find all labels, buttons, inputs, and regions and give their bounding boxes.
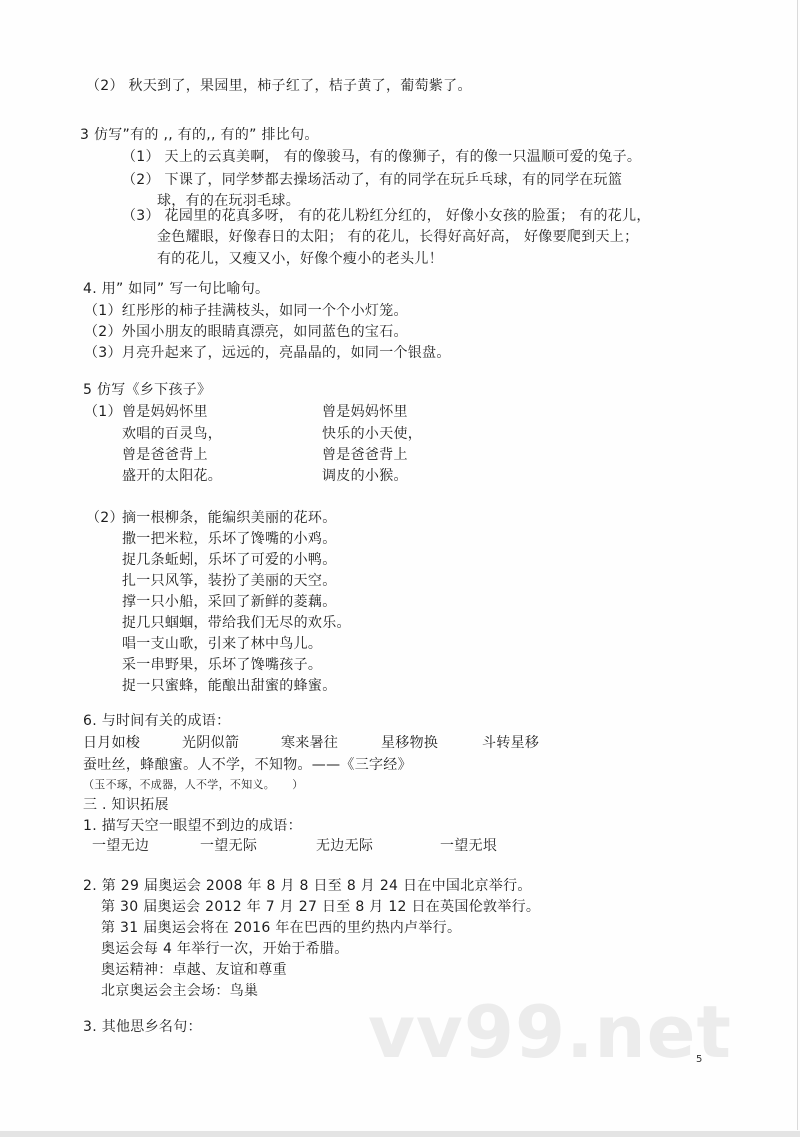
section2-item2: （2） 秋天到了，果园里，柿子红了，桔子黄了，葡萄紫了。	[86, 77, 472, 95]
verse-line6: 捉几只蝈蝈，带给我们无尽的欢乐。	[122, 614, 351, 632]
poem-left-line4: 盛开的太阳花。	[122, 467, 222, 485]
verse-line8: 采一串野果，乐坏了馋嘴孩子。	[122, 656, 322, 674]
verse-line5: 撑一只小船，采回了新鲜的菱藕。	[122, 593, 337, 611]
document-page: （2） 秋天到了，果园里，柿子红了，桔子黄了，葡萄紫了。 3 仿写”有的 ,, …	[0, 0, 798, 1130]
sky-idiom-1: 一望无边	[92, 837, 149, 855]
section4-item1: （1）红彤彤的柿子挂满枝头，如同一个个小灯笼。	[84, 302, 408, 320]
section3-item3-line2: 金色耀眼，好像春日的太阳； 有的花儿，长得好高好高， 好像要爬到天上；	[157, 228, 638, 246]
poem-right-line3: 曾是爸爸背上	[322, 446, 408, 464]
sky-idiom-4: 一望无垠	[440, 837, 497, 855]
section3-item3-line3: 有的花儿，又瘦又小，好像个瘦小的老头儿！	[157, 250, 443, 268]
sky-idiom-3: 无边无际	[316, 837, 373, 855]
sanzijing-note: （玉不琢，不成器，人不学，不知义。 ）	[83, 778, 304, 792]
q3-heading: 3. 其他思乡名句：	[83, 1018, 202, 1036]
section4-heading: 4. 用” 如同” 写一句比喻句。	[83, 280, 269, 298]
section5-heading: 5 仿写《乡下孩子》	[83, 381, 211, 399]
q1-heading: 1. 描写天空一眼望不到边的成语：	[83, 817, 302, 835]
verse-line1: 摘一根柳条，能编织美丽的花环。	[122, 509, 337, 527]
section3-heading: 3 仿写”有的 ,, 有的,, 有的” 排比句。	[80, 126, 319, 144]
poem-right-line1: 曾是妈妈怀里	[322, 403, 408, 421]
verse-line4: 扎一只风筝，装扮了美丽的天空。	[122, 572, 337, 590]
sanzijing-quote: 蚕吐丝，蜂酿蜜。人不学，不知物。——《三字经》	[83, 756, 412, 774]
olympics-line6: 北京奥运会主会场：鸟巢	[101, 982, 258, 1000]
section3-item2-line1: （2） 下课了，同学梦都去操场活动了，有的同学在玩乒乓球，有的同学在玩篮	[122, 171, 622, 189]
poem-left-line2: 欢唱的百灵鸟，	[122, 425, 222, 443]
section3-item3-line1: （3） 花园里的花真多呀， 有的花儿粉红分红的， 好像小女孩的脸蛋； 有的花儿，	[122, 207, 651, 225]
poem-right-line4: 调皮的小猴。	[322, 467, 408, 485]
section4-item2: （2）外国小朋友的眼睛真漂亮，如同蓝色的宝石。	[84, 323, 408, 341]
time-idiom-2: 光阴似箭	[182, 734, 239, 752]
verse-line2: 撒一把米粒，乐坏了馋嘴的小鸡。	[122, 530, 337, 548]
olympics-line4: 奥运会每 4 年举行一次，开始于希腊。	[101, 940, 349, 958]
time-idiom-1: 日月如梭	[83, 734, 140, 752]
page-number: 5	[696, 1054, 702, 1065]
time-idiom-3: 寒来暑往	[281, 734, 338, 752]
poem-right-line2: 快乐的小天使，	[322, 425, 422, 443]
verse-line3: 捉几条蚯蚓，乐坏了可爱的小鸭。	[122, 551, 337, 569]
poem-left-line3: 曾是爸爸背上	[122, 446, 208, 464]
time-idiom-4: 星移物换	[381, 734, 438, 752]
section5-part2-label: （2）	[86, 509, 124, 527]
verse-line9: 捉一只蜜蜂，能酿出甜蜜的蜂蜜。	[122, 677, 337, 695]
olympics-line3: 第 31 届奥运会将在 2016 年在巴西的里约热内卢举行。	[101, 919, 461, 937]
section5-part1-label: （1）	[84, 403, 122, 421]
verse-line7: 唱一支山歌，引来了林中鸟儿。	[122, 635, 322, 653]
olympics-line5: 奥运精神：卓越、友谊和尊重	[101, 961, 287, 979]
section4-item3: （3）月亮升起来了，远远的，亮晶晶的，如同一个银盘。	[84, 344, 451, 362]
watermark: vv99.net	[368, 996, 732, 1068]
olympics-line1: 2. 第 29 届奥运会 2008 年 8 月 8 日至 8 月 24 日在中国…	[83, 877, 532, 895]
section6-heading: 6. 与时间有关的成语：	[83, 712, 230, 730]
part3-heading: 三 . 知识拓展	[83, 796, 169, 814]
olympics-line2: 第 30 届奥运会 2012 年 7 月 27 日至 8 月 12 日在英国伦敦…	[101, 898, 540, 916]
poem-left-line1: 曾是妈妈怀里	[122, 403, 208, 421]
sky-idiom-2: 一望无际	[200, 837, 257, 855]
page-bottom-edge	[0, 1131, 800, 1137]
section3-item1-line1: （1） 天上的云真美啊， 有的像骏马，有的像狮子，有的像一只温顺可爱的兔子。	[122, 148, 641, 166]
time-idiom-5: 斗转星移	[482, 734, 539, 752]
